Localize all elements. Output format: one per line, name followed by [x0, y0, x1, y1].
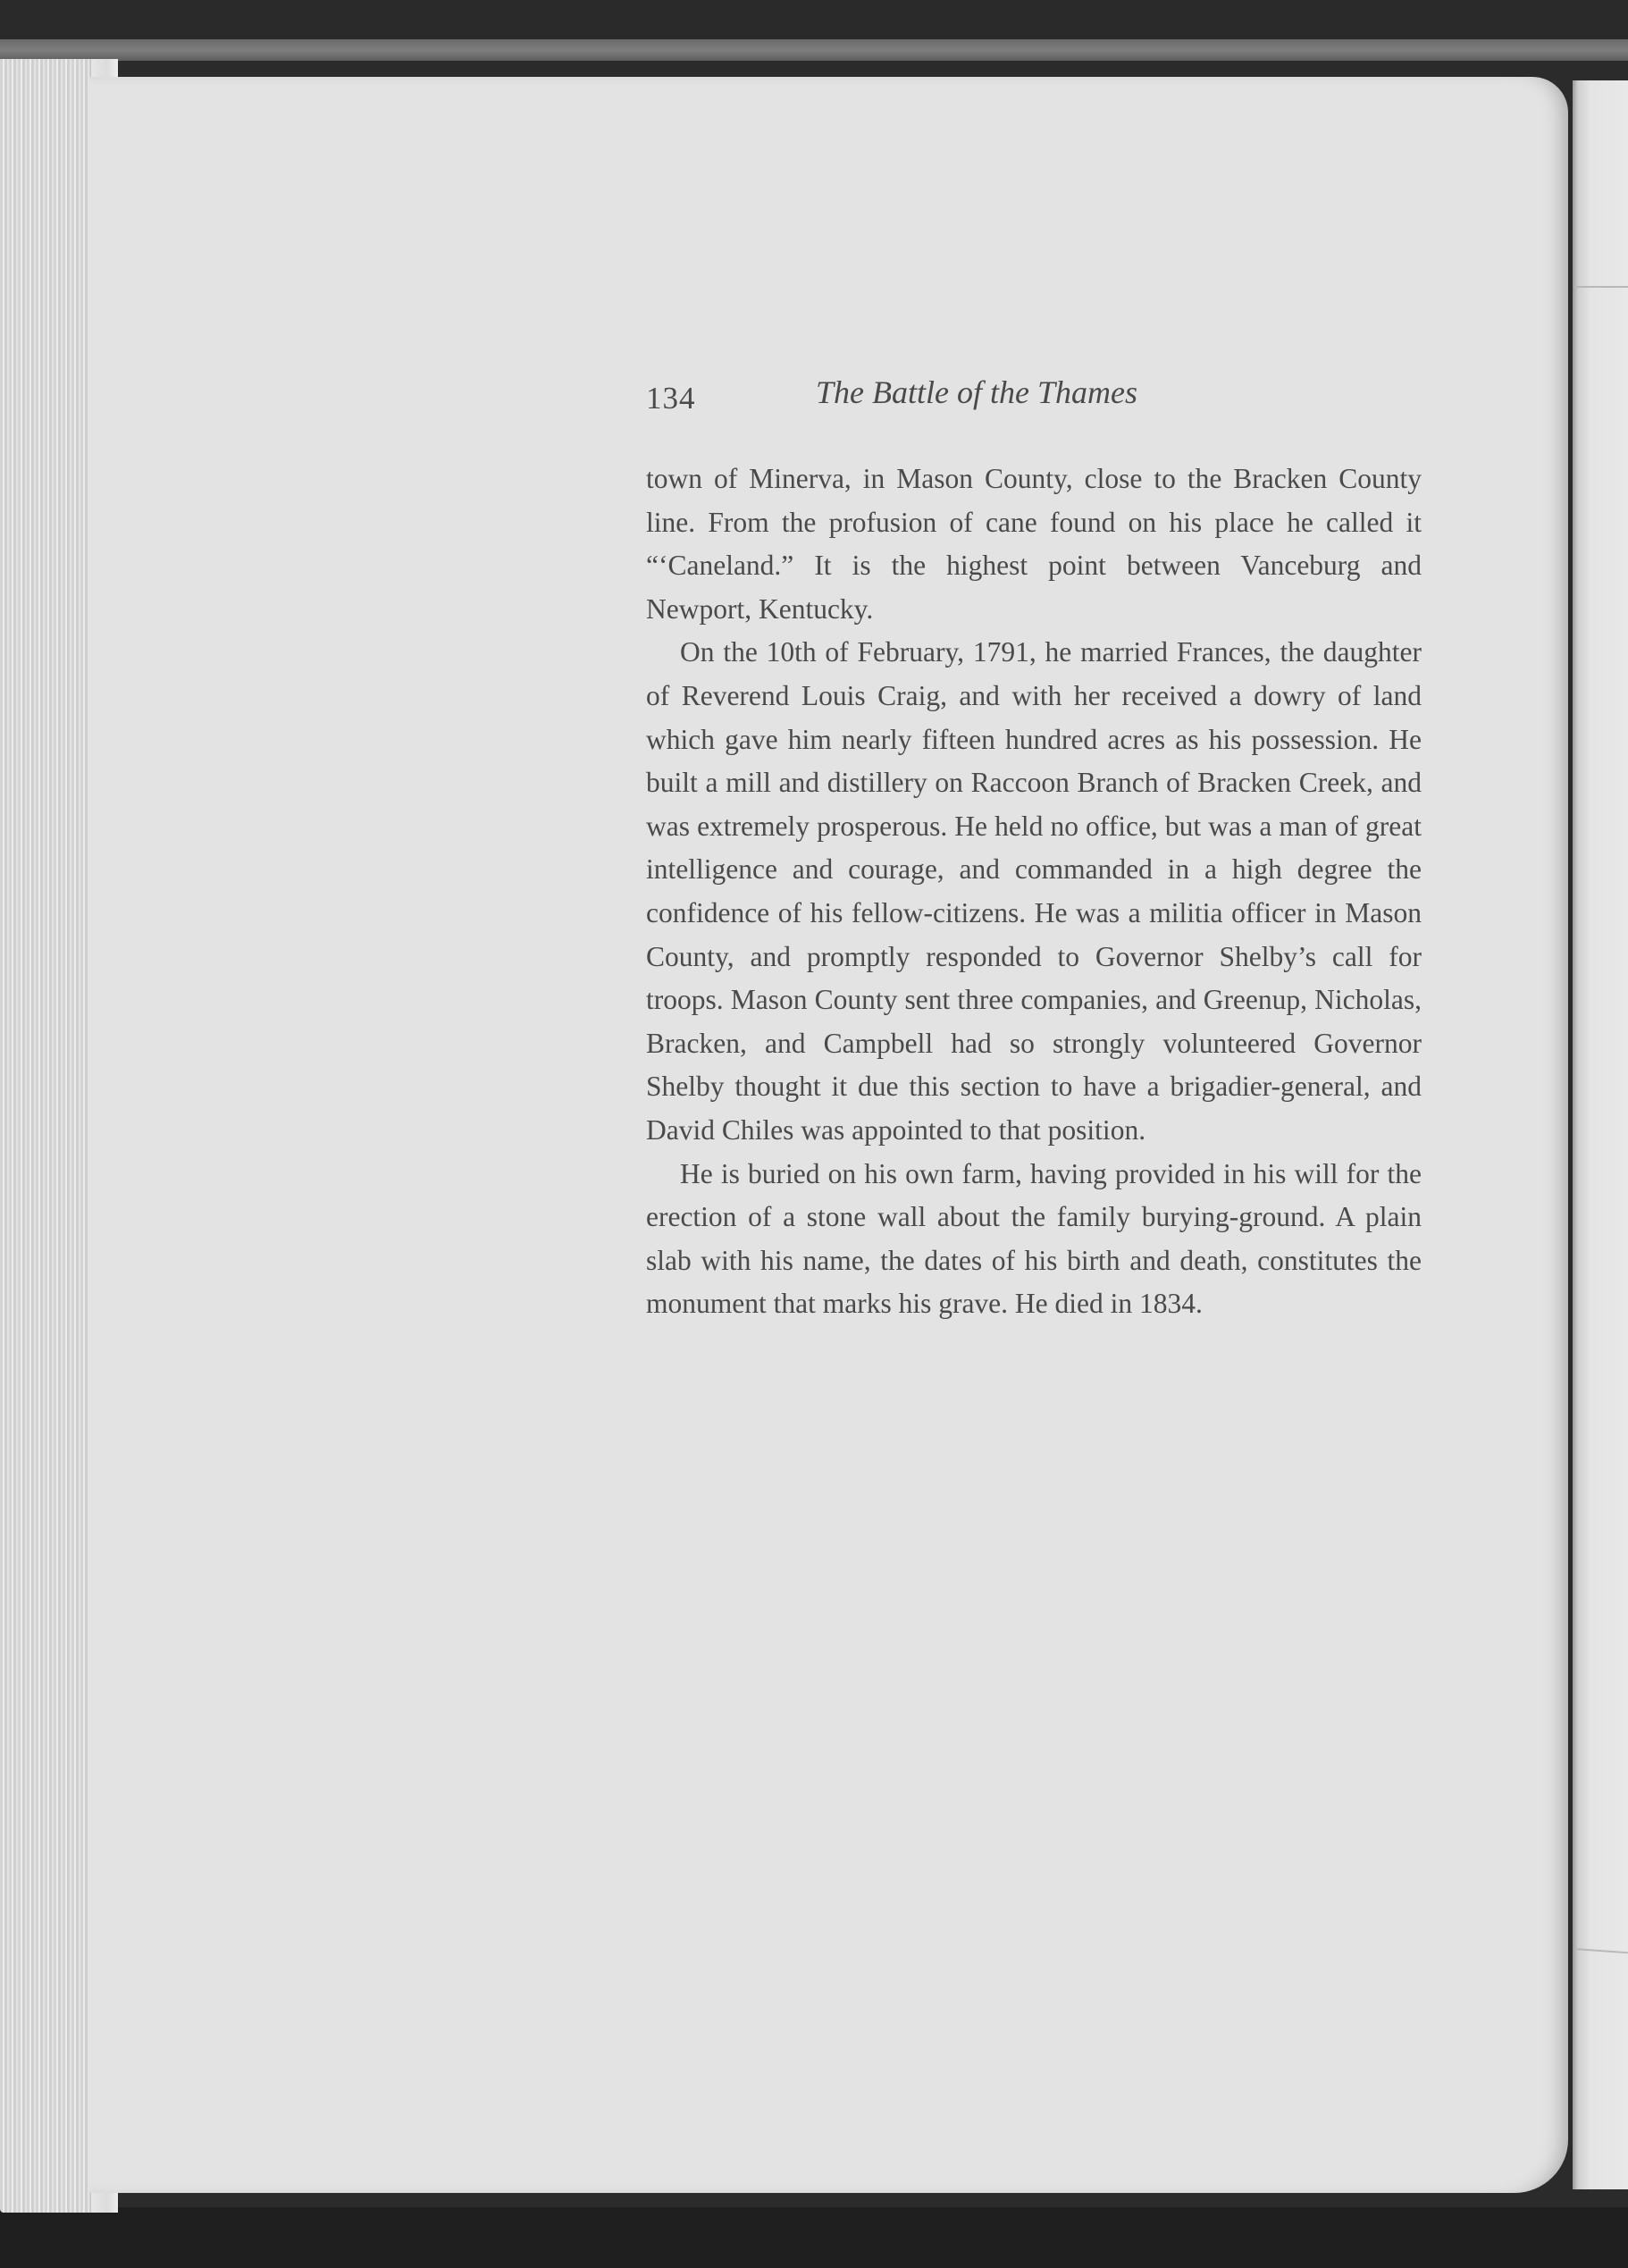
book-cover-edge [0, 39, 1628, 61]
adjacent-page [1573, 80, 1628, 2189]
paragraph: He is buried on his own farm, having pro… [646, 1153, 1422, 1326]
body-text: town of Minerva, in Mason County, close … [646, 458, 1422, 1326]
background-bottom [0, 2207, 1628, 2268]
running-head: 134 The Battle of the Thames [646, 374, 1422, 424]
page-text-block: 134 The Battle of the Thames town of Min… [646, 374, 1422, 1326]
page-fold-line [1574, 286, 1628, 288]
page-number: 134 [646, 381, 696, 416]
paragraph: town of Minerva, in Mason County, close … [646, 458, 1422, 631]
running-title: The Battle of the Thames [816, 374, 1137, 411]
paragraph: On the 10th of February, 1791, he marrie… [646, 631, 1422, 1152]
